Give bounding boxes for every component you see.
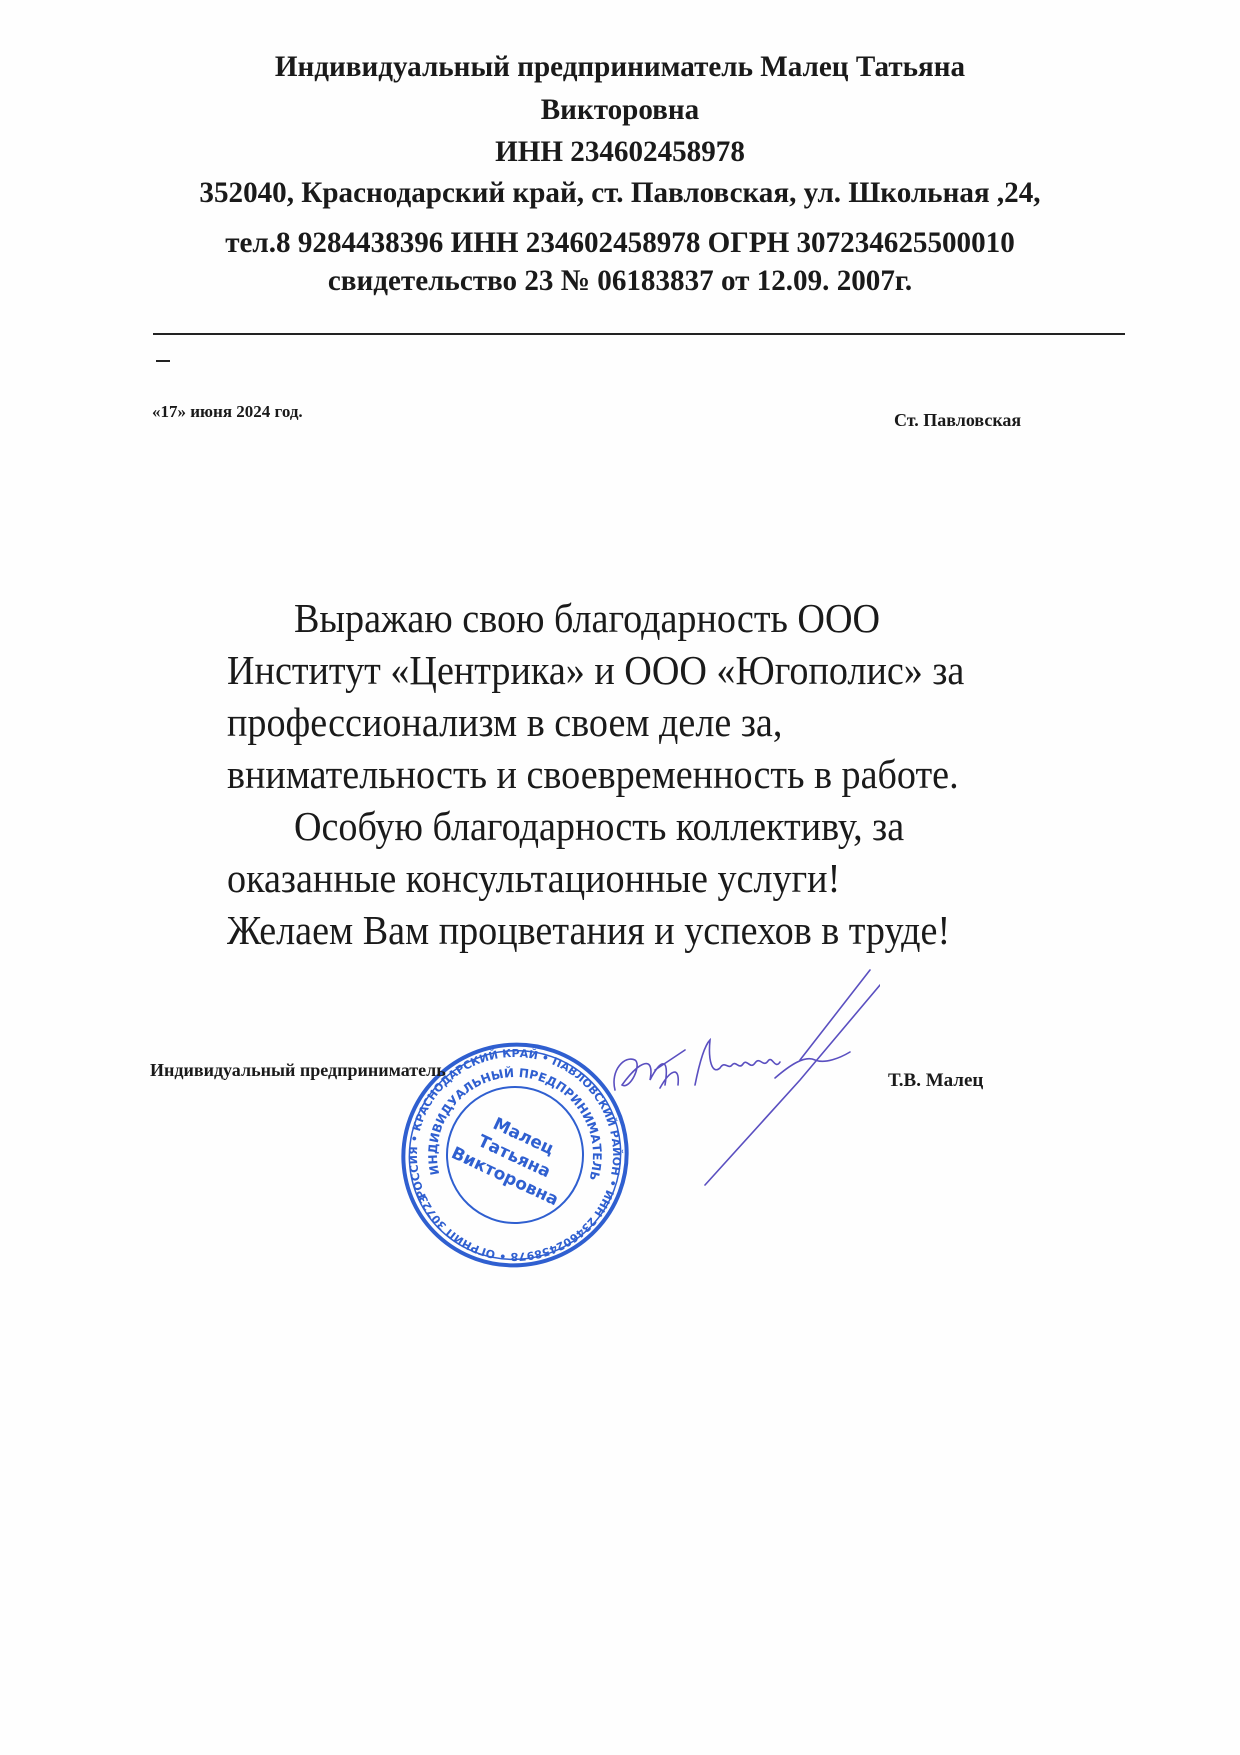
letterhead-contacts: тел.8 9284438396 ИНН 234602458978 ОГРН 3… [19,226,1222,260]
letter-page: Индивидуальный предприниматель Малец Тат… [0,0,1240,1755]
signer-name: Т.В. Малец [888,1070,983,1092]
letter-date: «17» июня 2024 год. [152,402,303,422]
letter-place: Ст. Павловская [894,410,1021,431]
handwritten-signature-icon [600,960,880,1200]
letterhead-inn: ИНН 234602458978 [19,135,1222,169]
letter-body: Выражаю свою благодарность ООО Институт … [227,592,1147,956]
letterhead-line-1: Индивидуальный предприниматель Малец Тат… [19,50,1222,84]
letterhead-line-2: Викторовна [19,93,1222,127]
body-line: Выражаю свою благодарность ООО [227,592,1083,644]
letterhead-address: 352040, Краснодарский край, ст. Павловск… [19,176,1222,210]
dash-mark [156,360,170,362]
letterhead-certificate: свидетельство 23 № 06183837 от 12.09. 20… [19,264,1222,298]
header-divider [153,333,1125,335]
signer-role: Индивидуальный предприниматель [150,1060,446,1081]
body-line: оказанные консультационные услуги! [227,852,1083,904]
body-line: профессионализм в своем деле за, [227,696,1083,748]
body-line: Особую благодарность коллективу, за [227,800,1083,852]
body-line: внимательность и своевременность в работ… [227,748,1083,800]
body-line: Институт «Центрика» и ООО «Югополис» за [227,644,1083,696]
body-line: Желаем Вам процветания и успехов в труде… [227,904,1083,956]
